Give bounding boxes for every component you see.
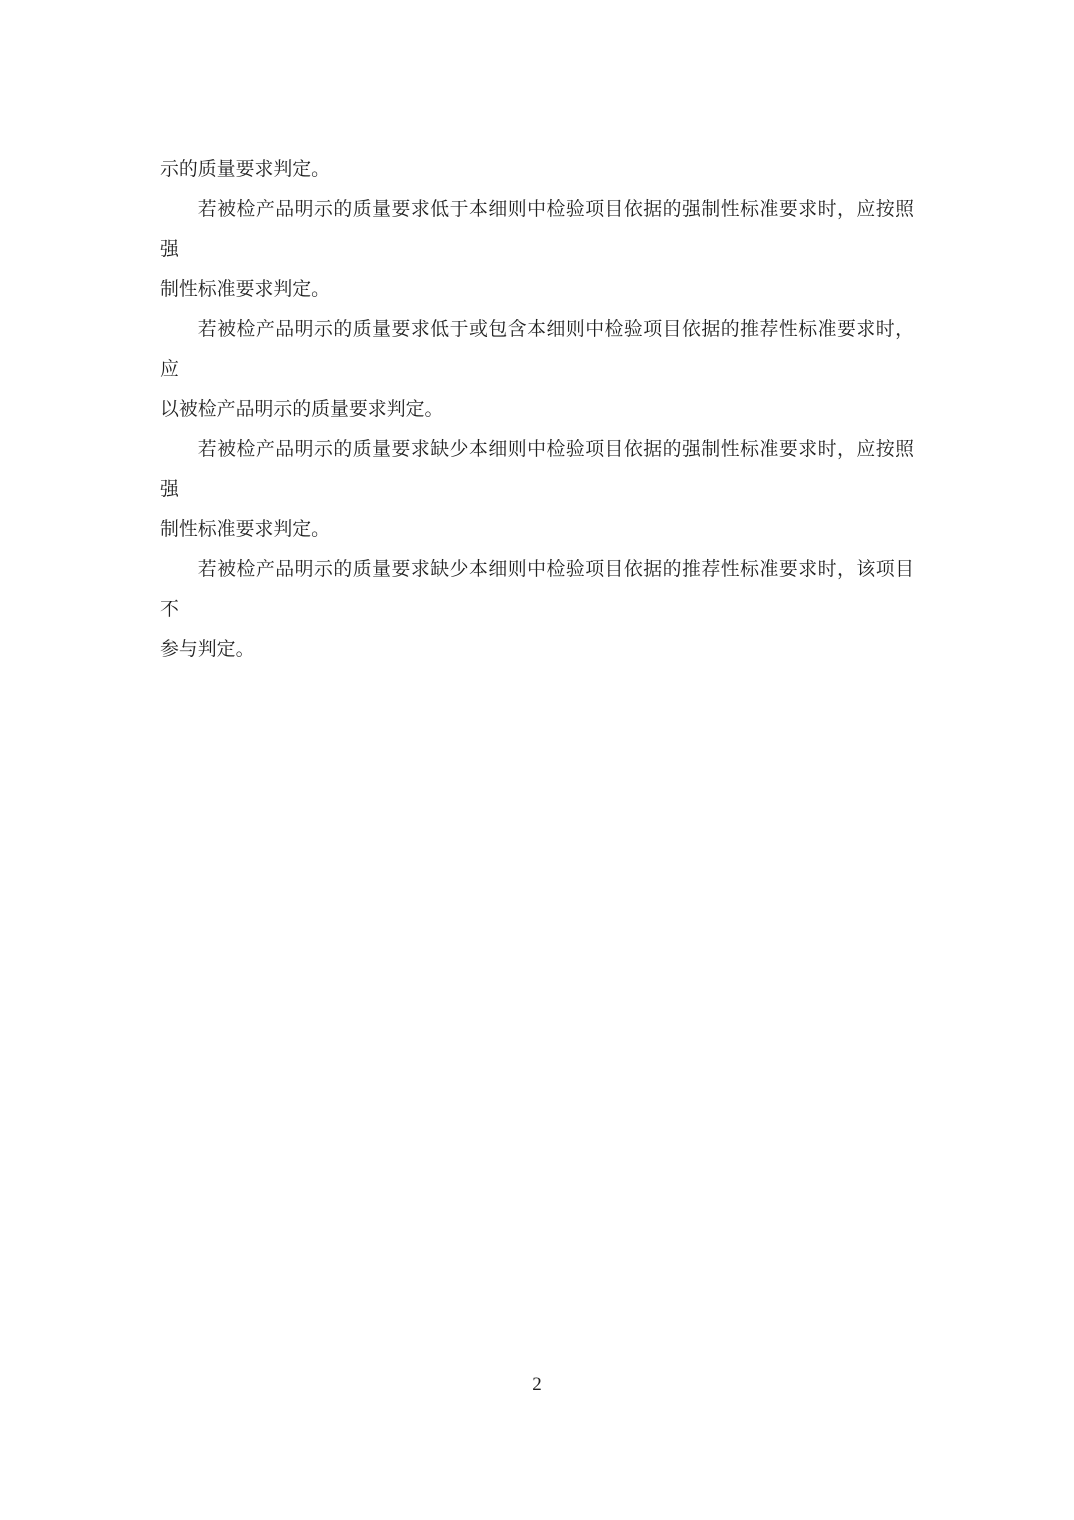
paragraph-3-line-2: 以被检产品明示的质量要求判定。 [160, 390, 914, 430]
paragraph-2-line-2: 制性标准要求判定。 [160, 270, 914, 310]
paragraph-4-line-1: 若被检产品明示的质量要求缺少本细则中检验项目依据的强制性标准要求时，应按照强 [160, 430, 914, 510]
document-page: 示的质量要求判定。若被检产品明示的质量要求低于本细则中检验项目依据的强制性标准要… [0, 0, 1074, 1520]
paragraph-4-line-2: 制性标准要求判定。 [160, 510, 914, 550]
page-footer: 2 [0, 1372, 1074, 1398]
paragraph-2-line-1: 若被检产品明示的质量要求低于本细则中检验项目依据的强制性标准要求时，应按照强 [160, 190, 914, 270]
paragraph-5-line-2: 参与判定。 [160, 630, 914, 670]
document-body: 示的质量要求判定。若被检产品明示的质量要求低于本细则中检验项目依据的强制性标准要… [160, 150, 914, 670]
paragraph-3-line-1: 若被检产品明示的质量要求低于或包含本细则中检验项目依据的推荐性标准要求时，应 [160, 310, 914, 390]
paragraph-1-line-1: 示的质量要求判定。 [160, 150, 914, 190]
paragraph-5-line-1: 若被检产品明示的质量要求缺少本细则中检验项目依据的推荐性标准要求时，该项目不 [160, 550, 914, 630]
page-number: 2 [532, 1374, 542, 1395]
